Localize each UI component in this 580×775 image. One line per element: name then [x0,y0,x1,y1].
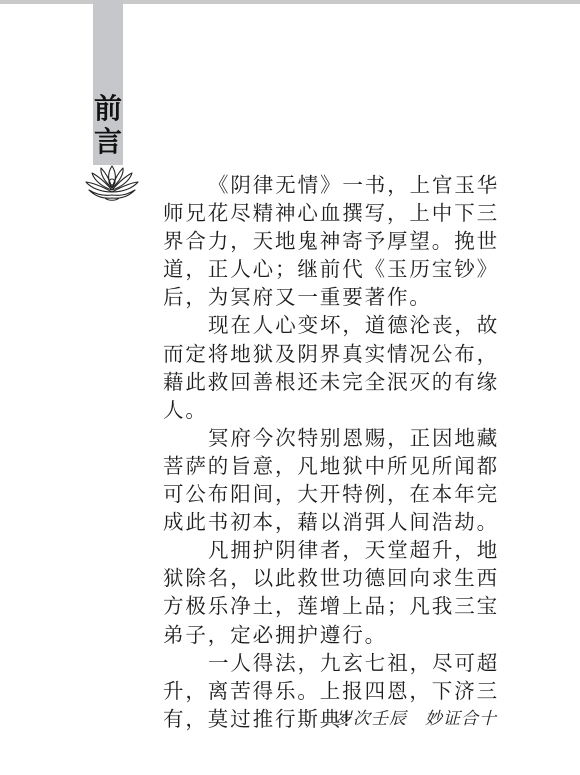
paragraph: 《阴律无情》一书，上官玉华师兄花尽精神心血撰写，上中下三界合力，天地鬼神寄予厚望… [163,171,503,311]
preface-body: 《阴律无情》一书，上官玉华师兄花尽精神心血撰写，上中下三界合力，天地鬼神寄予厚望… [163,171,503,733]
title-char: 前 [93,92,123,125]
paragraph: 冥府今次特别恩赐，正因地藏菩萨的旨意，凡地狱中所见所闻都可公布阳间，大开特例，在… [163,424,503,536]
top-border-strip [0,0,580,4]
signature-author: 妙证合十 [425,709,497,729]
page-title: 前 言 [93,92,123,158]
signature-date: 岁次壬辰 [335,709,407,729]
paragraph: 凡拥护阴律者，天堂超升，地狱除名，以此救世功德回向求生西方极乐净土，莲增上品；凡… [163,536,503,648]
signature: 岁次壬辰妙证合十 [335,704,505,729]
title-char: 言 [93,125,123,158]
lotus-icon [83,160,141,204]
paragraph: 现在人心变坏，道德沦丧，故而定将地狱及阴界真实情况公布，藉此救回善根还未完全泯灭… [163,311,503,423]
